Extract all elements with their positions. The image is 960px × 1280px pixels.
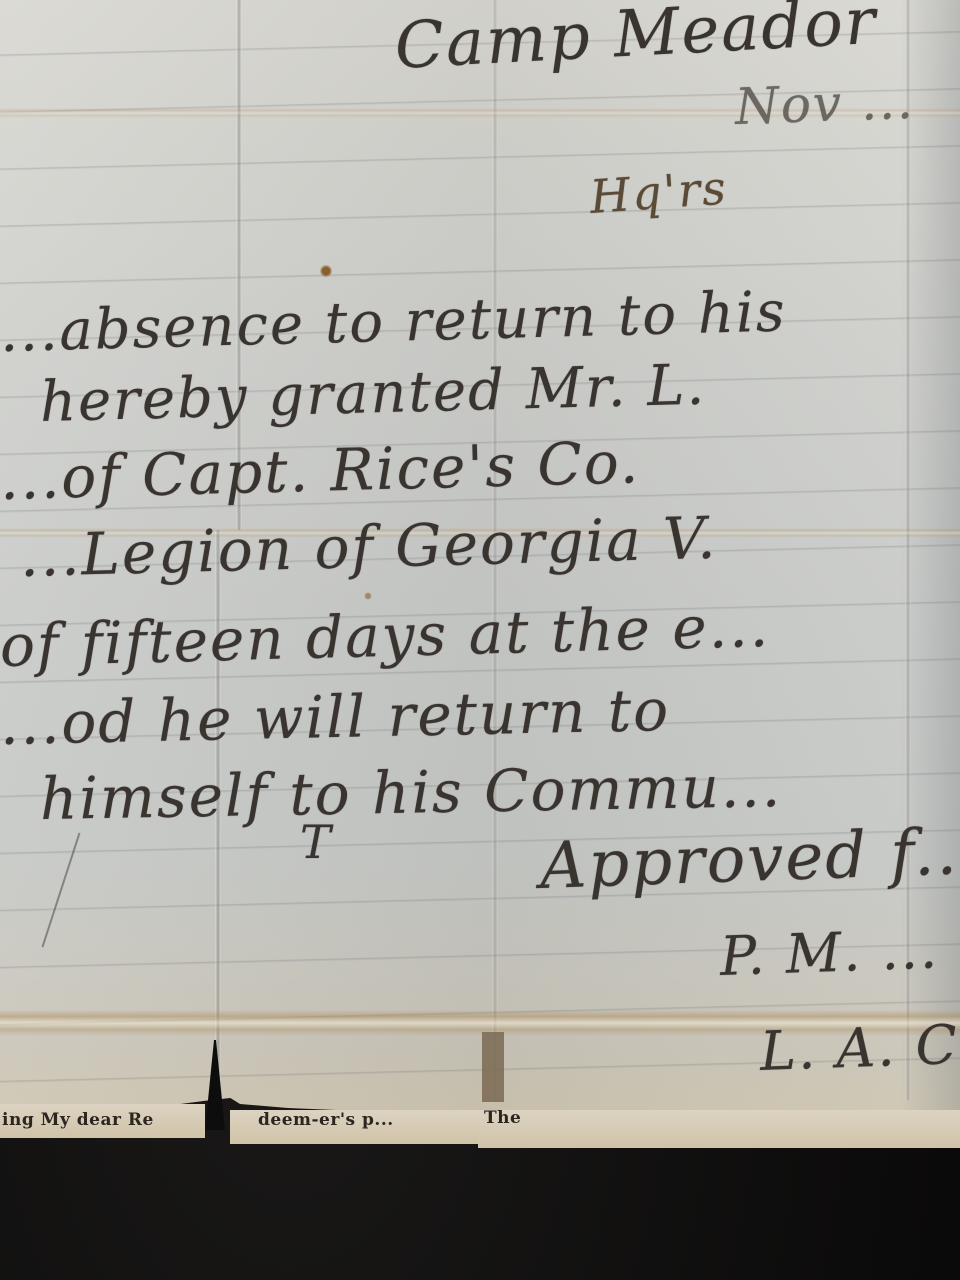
printed-text-middle: deem-er's p...	[258, 1110, 394, 1130]
heading-date: Nov ...	[734, 72, 916, 136]
ink-spot	[320, 264, 332, 278]
paper-tab	[482, 1032, 504, 1102]
printed-text-left: ing My dear Re	[2, 1110, 154, 1130]
approval-signature: L. A. C...	[759, 1011, 960, 1083]
approval-line: Approved f...	[539, 815, 960, 904]
printed-text-right: The	[484, 1108, 521, 1128]
printed-strip-right	[478, 1110, 960, 1148]
photo-scene: Camp Meador Nov ... Hq'rs ...absence to …	[0, 0, 960, 1280]
paper-sheet: Camp Meador Nov ... Hq'rs ...absence to …	[0, 0, 960, 1150]
approval-office: P. M. ...	[719, 917, 940, 988]
ink-spot-small	[364, 592, 372, 600]
heading-mark: Hq'rs	[588, 160, 729, 223]
body-line-6: ...od he will return to	[0, 676, 671, 758]
body-line-7: himself to his Commu...	[39, 752, 782, 833]
body-line-8-mark: T	[300, 815, 333, 869]
